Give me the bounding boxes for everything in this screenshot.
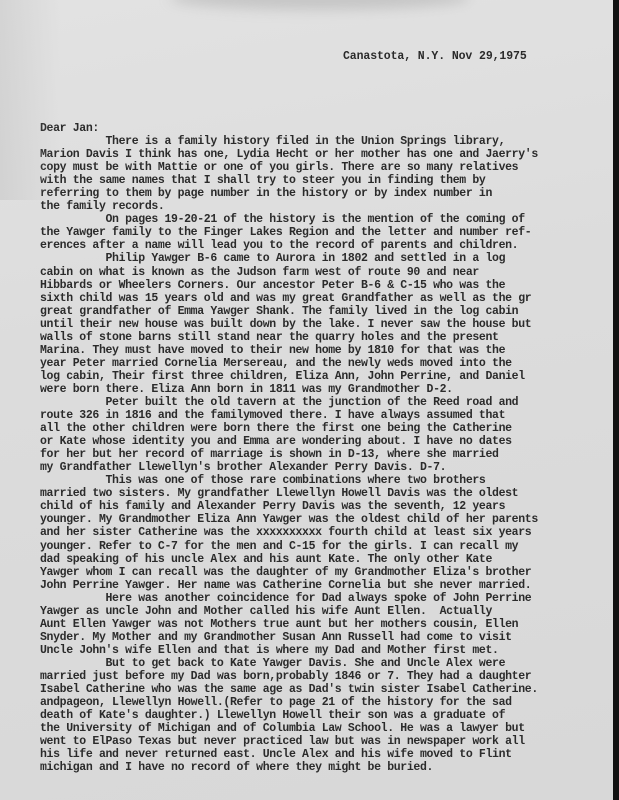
letter-line: all the other children were born there t…: [40, 422, 538, 435]
letter-line: Philip Yawger B-6 came to Aurora in 1802…: [40, 252, 538, 265]
letter-line: Yawger whom I can recall was the daughte…: [40, 566, 538, 579]
letter-line: There is a family history filed in the U…: [40, 135, 538, 148]
letter-line: Peter built the old tavern at the juncti…: [40, 396, 538, 409]
letter-line: Hibbards or Wheelers Corners. Our ancest…: [40, 279, 538, 292]
letter-line: with the same names that I shall try to …: [40, 174, 538, 187]
letter-line: Marina. They must have moved to their ne…: [40, 344, 538, 357]
letter-line: the Yawger family to the Finger Lakes Re…: [40, 226, 538, 239]
letter-line: or Kate whose identity you and Emma are …: [40, 435, 538, 448]
letter-line: went to ElPaso Texas but never practiced…: [40, 735, 538, 748]
letter-line: my Grandfather Llewellyn's brother Alexa…: [40, 461, 538, 474]
letter-line: Marion Davis I think has one, Lydia Hech…: [40, 148, 538, 161]
letter-line: for her but her record of marriage is sh…: [40, 448, 538, 461]
scan-edge: [613, 0, 619, 800]
letter-line: Here was another coincidence for Dad alw…: [40, 592, 538, 605]
letter-page: Canastota, N.Y. Nov 29,1975 Dear Jan: Th…: [0, 0, 613, 800]
letter-line: Aunt Ellen Yawger was not Mothers true a…: [40, 618, 538, 631]
letter-line: walls of stone barns still stand near th…: [40, 331, 538, 344]
letter-line: erences after a name will lead you to th…: [40, 239, 538, 252]
letter-line: were born there. Eliza Ann born in 1811 …: [40, 383, 538, 396]
letter-line: married just before my Dad was born,prob…: [40, 670, 538, 683]
letter-line: log cabin, Their first three children, E…: [40, 370, 538, 383]
letter-line: death of Kate's daughter.) Llewellyn How…: [40, 709, 538, 722]
letter-line: younger. Refer to C-7 for the men and C-…: [40, 540, 538, 553]
letter-line: Uncle John's wife Ellen and that is wher…: [40, 644, 538, 657]
dateline: Canastota, N.Y. Nov 29,1975: [343, 50, 527, 63]
letter-line: married two sisters. My grandfather Llew…: [40, 487, 538, 500]
letter-line: until their new house was built down by …: [40, 318, 538, 331]
letter-line: route 326 in 1816 and the familymoved th…: [40, 409, 538, 422]
letter-line: and her sister Catherine was the xxxxxxx…: [40, 526, 538, 539]
letter-line: This was one of those rare combinations …: [40, 474, 538, 487]
letter-line: andpageon, Llewellyn Howell.(Refer to pa…: [40, 696, 538, 709]
letter-line: Isabel Catherine who was the same age as…: [40, 683, 538, 696]
letter-line: On pages 19-20-21 of the history is the …: [40, 213, 538, 226]
letter-line: sixth child was 15 years old and was my …: [40, 292, 538, 305]
letter-line: Snyder. My Mother and my Grandmother Sus…: [40, 631, 538, 644]
salutation: Dear Jan:: [40, 122, 538, 135]
letter-line: child of his family and Alexander Perry …: [40, 500, 538, 513]
letter-line: John Perrine Yawger. Her name was Cather…: [40, 579, 538, 592]
letter-line: his life and never returned east. Uncle …: [40, 748, 538, 761]
letter-line: cabin on what is known as the Judson far…: [40, 266, 538, 279]
letter-line: But to get back to Kate Yawger Davis. Sh…: [40, 657, 538, 670]
letter-body: Dear Jan: There is a family history file…: [40, 122, 538, 774]
letter-line: copy must be with Mattie or one of you g…: [40, 161, 538, 174]
letter-line: michigan and I have no record of where t…: [40, 761, 538, 774]
letter-line: year Peter married Cornelia Mersereau, a…: [40, 357, 538, 370]
letter-line: the University of Michigan and of Columb…: [40, 722, 538, 735]
letter-line: Yawger as uncle John and Mother called h…: [40, 605, 538, 618]
letter-line: dad speaking of his uncle Alex and his a…: [40, 553, 538, 566]
letter-line: younger. My Grandmother Eliza Ann Yawger…: [40, 513, 538, 526]
letter-line: referring to them by page number in the …: [40, 187, 538, 200]
letter-line: the family records.: [40, 200, 538, 213]
letter-line: great grandfather of Emma Yawger Shank. …: [40, 305, 538, 318]
